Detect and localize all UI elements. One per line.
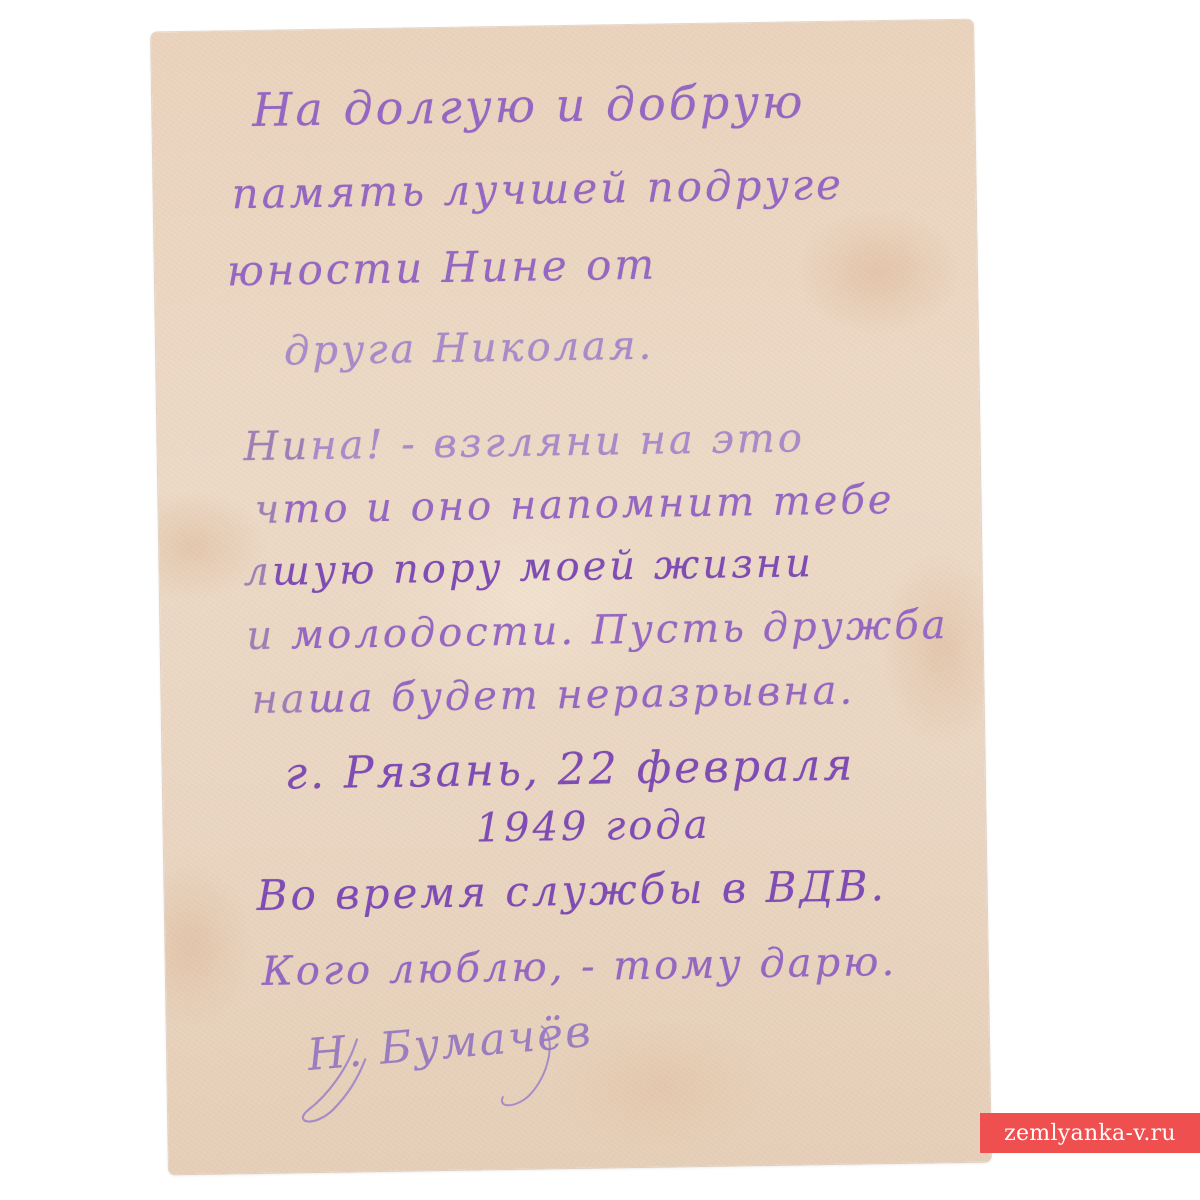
message-line-2: что и оно напомнит тебе <box>254 477 895 533</box>
faded-prefix: на <box>251 676 308 723</box>
message-text: ша будет неразрывна. <box>307 668 855 723</box>
photograph-card-back: На долгую и добрую память лучшей подруге… <box>151 20 991 1175</box>
message-text: на! - взгляни на это <box>310 415 805 469</box>
photo-back-page: На долгую и добрую память лучшей подруге… <box>0 0 1200 1200</box>
message-text: молодости. Пусть дружба <box>275 602 949 659</box>
signature: Н. Бумачёв <box>305 1006 594 1081</box>
place-date-line: г. Рязань, 22 февраля <box>284 740 855 800</box>
faded-prefix: Ни <box>243 423 310 470</box>
message-line-3: лшую пору моей жизни <box>243 540 814 595</box>
message-line-4: и молодости. Пусть дружба <box>246 602 949 659</box>
message-line-5: наша будет неразрывна. <box>251 668 855 723</box>
watermark-banner: zemlyanka-v.ru <box>980 1113 1200 1153</box>
dedication-line-4: друга Николая. <box>284 323 655 375</box>
watermark-text: zemlyanka-v.ru <box>1004 1121 1176 1146</box>
year-line: 1949 года <box>475 802 711 852</box>
dedication-line-2: память лучшей подруге <box>231 160 844 219</box>
faded-prefix: и <box>246 613 275 659</box>
faded-prefix: ч <box>254 487 283 533</box>
dedication-line-1: На долгую и добрую <box>252 74 806 137</box>
message-text: то и оно напомнит тебе <box>282 477 895 533</box>
motto-line: Кого люблю, - тому дарю. <box>261 939 897 995</box>
faded-prefix: л <box>243 549 272 595</box>
message-line-1: Нина! - взгляни на это <box>243 415 805 470</box>
dedication-line-3: юности Нине от <box>226 240 657 296</box>
service-note: Во время службы в ВДВ. <box>256 861 887 920</box>
message-text: шую пору моей жизни <box>272 540 815 595</box>
